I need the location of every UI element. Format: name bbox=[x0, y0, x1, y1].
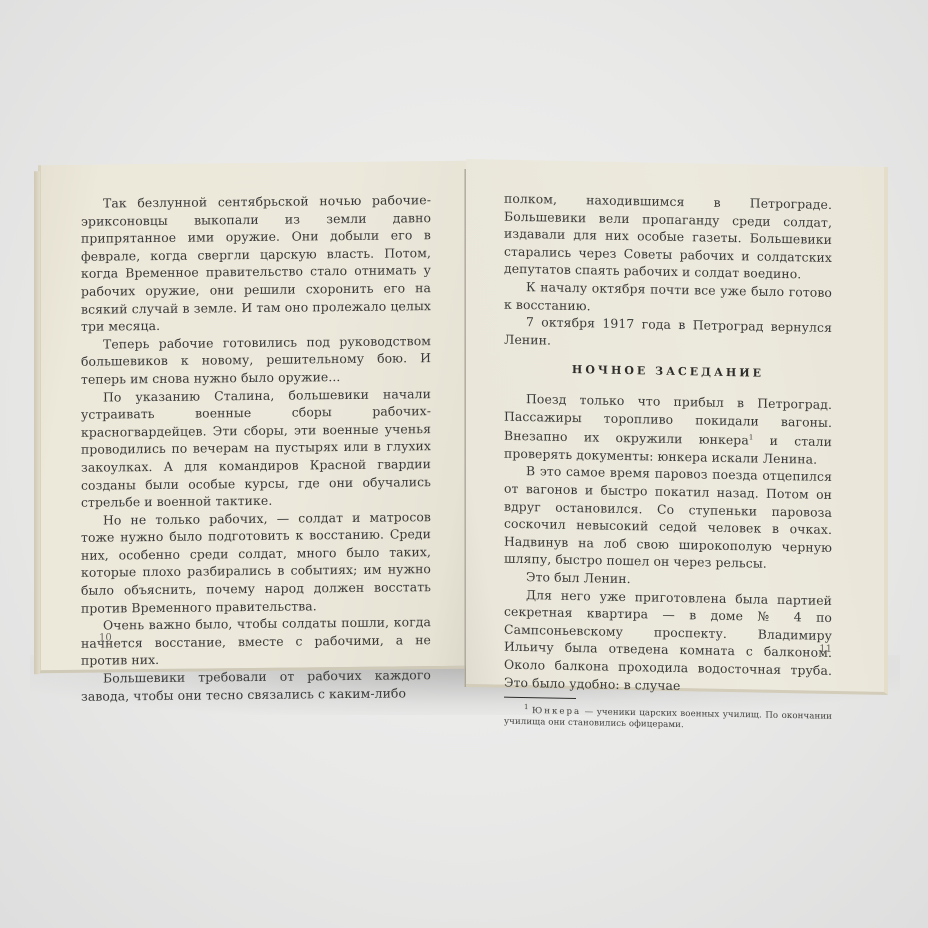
footnote-divider bbox=[504, 697, 576, 699]
footnote-term: Юнкера bbox=[532, 706, 581, 717]
section-heading: НОЧНОЕ ЗАСЕДАНИЕ bbox=[504, 360, 832, 384]
paragraph: Для него уже приготовлена была партией с… bbox=[504, 585, 832, 697]
page-number-left: 10 bbox=[99, 632, 112, 643]
paragraph: Поезд только что прибыл в Петроград. Пас… bbox=[504, 390, 832, 469]
paragraph: Теперь рабочие готовились под руководств… bbox=[81, 332, 431, 388]
page-number-right: 11 bbox=[819, 644, 832, 655]
left-page-text: Так безлунной сентябрьской ночью рабочие… bbox=[81, 191, 431, 705]
paragraph: По указанию Сталина, большевики начали у… bbox=[81, 385, 431, 512]
footnote-number: 1 bbox=[524, 703, 529, 711]
footnote: 1 Юнкера — ученики царских военных учили… bbox=[504, 702, 832, 734]
open-book: Так безлунной сентябрьской ночью рабочие… bbox=[38, 155, 888, 685]
paragraph: В это самое время паровоз поезда отцепил… bbox=[504, 462, 832, 574]
left-page: Так безлунной сентябрьской ночью рабочие… bbox=[38, 161, 466, 673]
paragraph: Так безлунной сентябрьской ночью рабочие… bbox=[81, 191, 431, 335]
paragraph: Очень важно было, чтобы солдаты пошли, к… bbox=[81, 613, 431, 669]
paragraph: Но не только рабочих, — солдат и матросо… bbox=[81, 508, 431, 617]
paragraph: 7 октября 1917 года в Петроград вернулся… bbox=[504, 313, 832, 354]
right-page: полком, находившимся в Петрограде. Больш… bbox=[466, 159, 888, 695]
paragraph: полком, находившимся в Петрограде. Больш… bbox=[504, 190, 832, 284]
right-page-text: полком, находившимся в Петрограде. Больш… bbox=[504, 190, 832, 734]
paragraph: Большевики требовали от рабочих каждого … bbox=[81, 666, 431, 705]
